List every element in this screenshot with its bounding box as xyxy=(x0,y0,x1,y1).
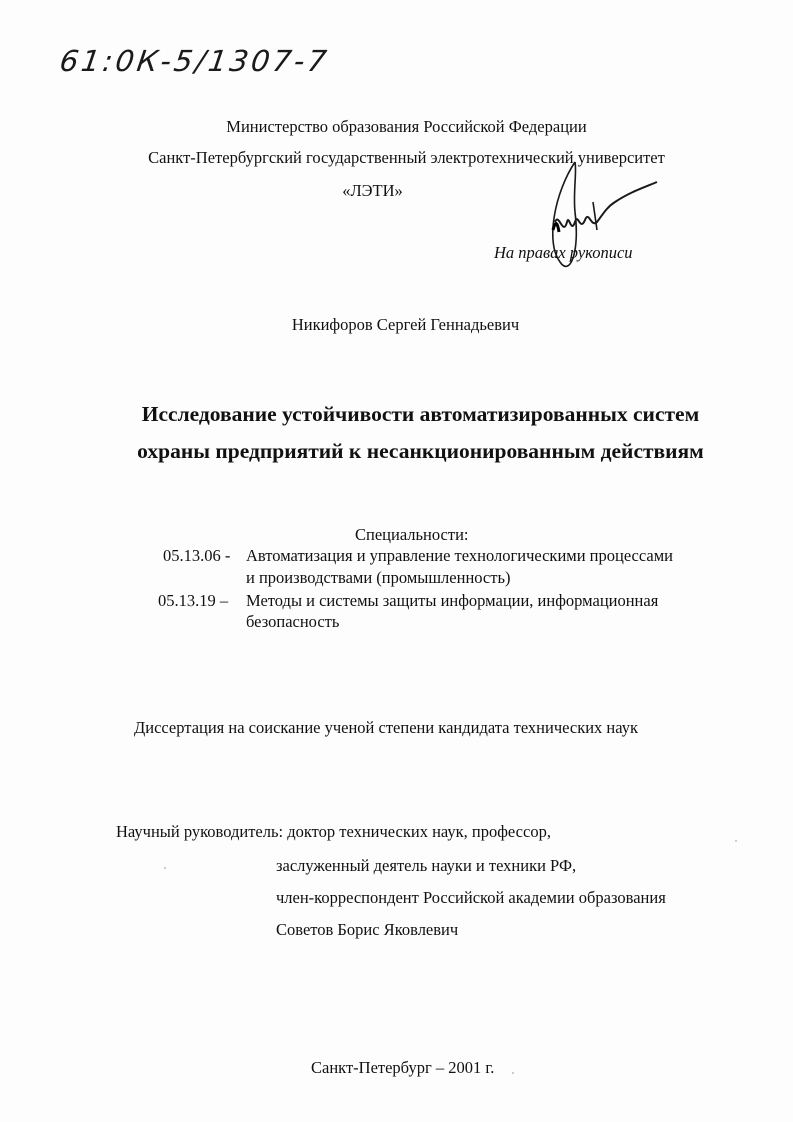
scan-speck xyxy=(735,840,737,842)
archive-code: 61:0К-5/1307-7 xyxy=(58,44,332,78)
specialty-description-continued: и производствами (промышленность) xyxy=(246,568,510,588)
author-name: Никифоров Сергей Геннадьевич xyxy=(9,315,793,335)
supervisor-name: Советов Борис Яковлевич xyxy=(276,920,458,940)
specialty-code: 05.13.19 – xyxy=(158,591,228,611)
specialty-description-continued: безопасность xyxy=(246,612,339,632)
university-name: Санкт-Петербургский государственный элек… xyxy=(10,148,793,168)
specialty-code: 05.13.06 - xyxy=(163,546,230,566)
scan-speck xyxy=(190,605,192,607)
city-and-year: Санкт-Петербург – 2001 г. xyxy=(311,1058,494,1078)
scan-speck xyxy=(512,1072,514,1074)
specialties-heading: Специальности: xyxy=(355,525,469,545)
dissertation-title-line-1: Исследование устойчивости автоматизирова… xyxy=(24,402,793,427)
document-page: 61:0К-5/1307-7 Министерство образования … xyxy=(0,0,793,1122)
supervisor-title: член-корреспондент Российской академии о… xyxy=(276,888,666,908)
degree-statement: Диссертация на соискание ученой степени … xyxy=(134,718,638,738)
manuscript-rights-note: На правах рукописи xyxy=(494,243,633,263)
supervisor-title: заслуженный деятель науки и техники РФ, xyxy=(276,856,576,876)
dissertation-title-line-2: охраны предприятий к несанкционированным… xyxy=(24,439,793,464)
specialty-description: Методы и системы защиты информации, инфо… xyxy=(246,591,658,611)
ministry-name: Министерство образования Российской Феде… xyxy=(10,117,793,137)
supervisor-label: Научный руководитель: доктор технических… xyxy=(116,822,551,842)
scan-speck xyxy=(164,867,166,869)
specialty-description: Автоматизация и управление технологическ… xyxy=(246,546,673,566)
